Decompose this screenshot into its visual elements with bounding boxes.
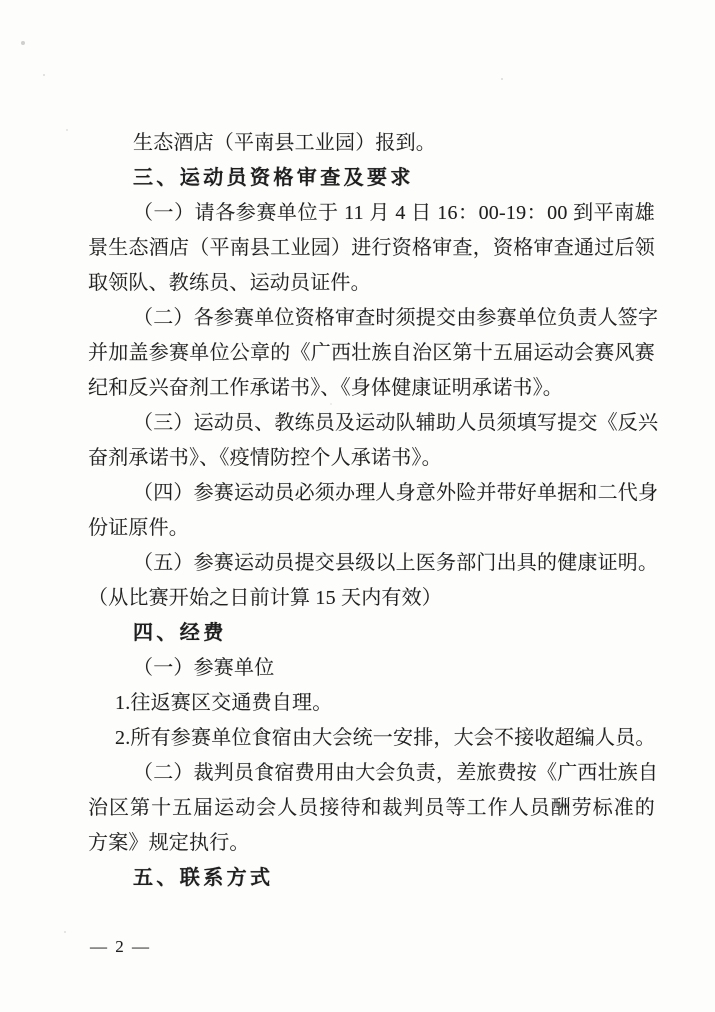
doc-line: 取领队、教练员、运动员证件。 <box>88 266 655 301</box>
scan-speckle <box>0 0 2 2</box>
section-heading-5: 五、联系方式 <box>88 861 655 896</box>
doc-line: （一）参赛单位 <box>88 651 655 686</box>
doc-line: （三）运动员、教练员及运动队辅助人员须填写提交《反兴 <box>88 406 655 441</box>
doc-line: （四）参赛运动员必须办理人身意外险并带好单据和二代身 <box>88 476 655 511</box>
doc-line: 治区第十五届运动会人员接待和裁判员等工作人员酬劳标准的 <box>88 791 655 826</box>
doc-line: 2.所有参赛单位食宿由大会统一安排，大会不接收超编人员。 <box>88 721 655 756</box>
doc-line-continuation: 生态酒店（平南县工业园）报到。 <box>88 126 655 161</box>
doc-line: （二）裁判员食宿费用由大会负责，差旅费按《广西壮族自 <box>88 756 655 791</box>
doc-line: 奋剂承诺书》、《疫情防控个人承诺书》。 <box>88 441 655 476</box>
page-number: — 2 — <box>90 936 151 958</box>
document-body: 生态酒店（平南县工业园）报到。 三、运动员资格审查及要求 （一）请各参赛单位于 … <box>88 126 655 896</box>
doc-line: （从比赛开始之日前计算 15 天内有效） <box>88 581 655 616</box>
section-heading-4: 四、经费 <box>88 616 655 651</box>
doc-line: （五）参赛运动员提交县级以上医务部门出具的健康证明。 <box>88 546 655 581</box>
doc-line: 并加盖参赛单位公章的《广西壮族自治区第十五届运动会赛风赛 <box>88 336 655 371</box>
section-heading-3: 三、运动员资格审查及要求 <box>88 161 655 196</box>
doc-line: 1.往返赛区交通费自理。 <box>88 686 655 721</box>
doc-line: 份证原件。 <box>88 511 655 546</box>
document-page: 生态酒店（平南县工业园）报到。 三、运动员资格审查及要求 （一）请各参赛单位于 … <box>0 0 715 1012</box>
doc-line: 纪和反兴奋剂工作承诺书》、《身体健康证明承诺书》。 <box>88 371 655 406</box>
doc-line: （一）请各参赛单位于 11 月 4 日 16：00-19：00 到平南雄 <box>88 196 655 231</box>
doc-line: （二）各参赛单位资格审查时须提交由参赛单位负责人签字 <box>88 301 655 336</box>
doc-line: 景生态酒店（平南县工业园）进行资格审查，资格审查通过后领 <box>88 231 655 266</box>
doc-line: 方案》规定执行。 <box>88 826 655 861</box>
